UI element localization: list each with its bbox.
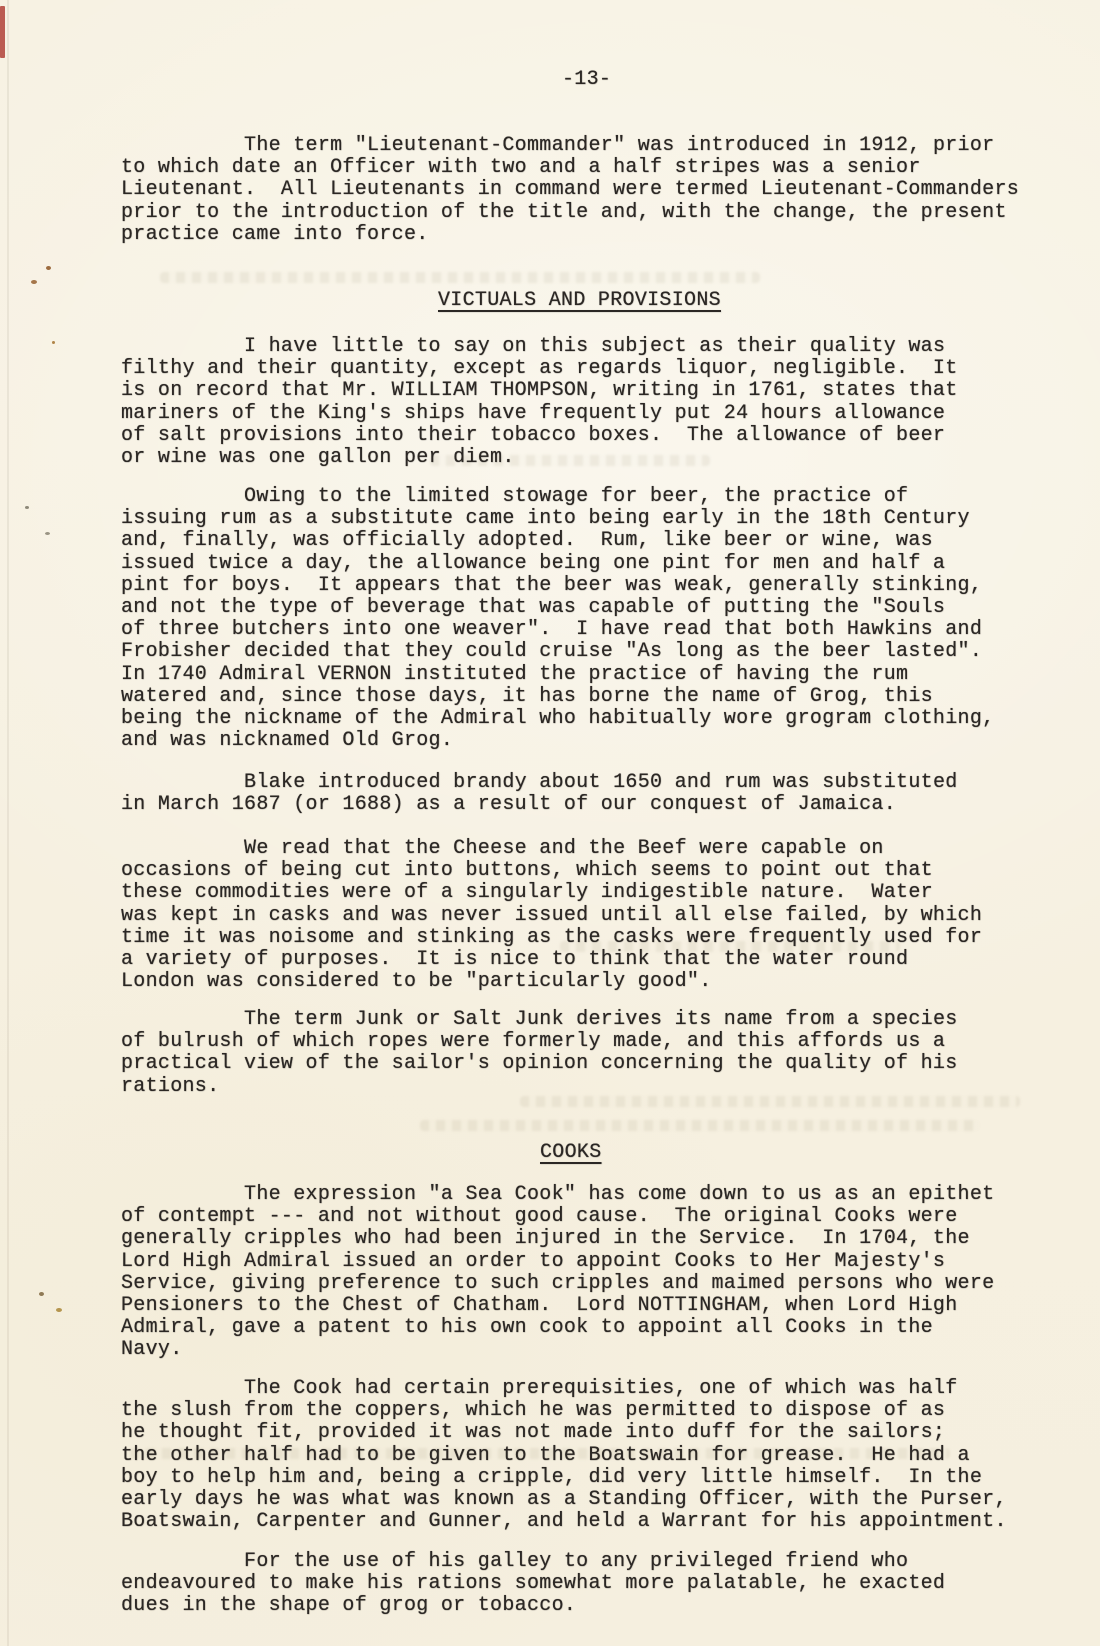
section-heading-cooks: COOKS: [540, 1142, 602, 1164]
paragraph-salt-junk: The term Junk or Salt Junk derives its n…: [121, 1009, 1051, 1098]
document-page: -13- The term "Lieutenant-Commander" was…: [0, 0, 1100, 1646]
showthrough-artifact: [160, 272, 760, 283]
paragraph-lieutenant-commander: The term "Lieutenant-Commander" was intr…: [121, 135, 1051, 246]
foxing-speck: [31, 280, 37, 284]
foxing-speck: [25, 506, 29, 509]
foxing-speck: [56, 1308, 62, 1312]
section-heading-victuals-and-provisions: VICTUALS AND PROVISIONS: [438, 290, 721, 312]
foxing-speck: [46, 266, 51, 270]
paragraph-rum-and-grog: Owing to the limited stowage for beer, t…: [121, 486, 1051, 752]
paragraph-cheese-beef-water: We read that the Cheese and the Beef wer…: [121, 838, 1051, 993]
paragraph-cook-prerequisities: The Cook had certain prerequisities, one…: [121, 1378, 1051, 1533]
foxing-speck: [45, 532, 50, 535]
paragraph-sea-cook: The expression "a Sea Cook" has come dow…: [121, 1184, 1051, 1362]
foxing-speck: [52, 341, 55, 344]
paragraph-victuals-quality: I have little to say on this subject as …: [121, 336, 1051, 469]
page-number: -13-: [562, 69, 611, 91]
red-edge-mark: [0, 6, 5, 58]
paragraph-galley-dues: For the use of his galley to any privile…: [121, 1551, 1051, 1618]
paragraph-blake-brandy: Blake introduced brandy about 1650 and r…: [121, 772, 1051, 816]
showthrough-artifact: [420, 1120, 980, 1131]
foxing-speck: [39, 1292, 44, 1296]
